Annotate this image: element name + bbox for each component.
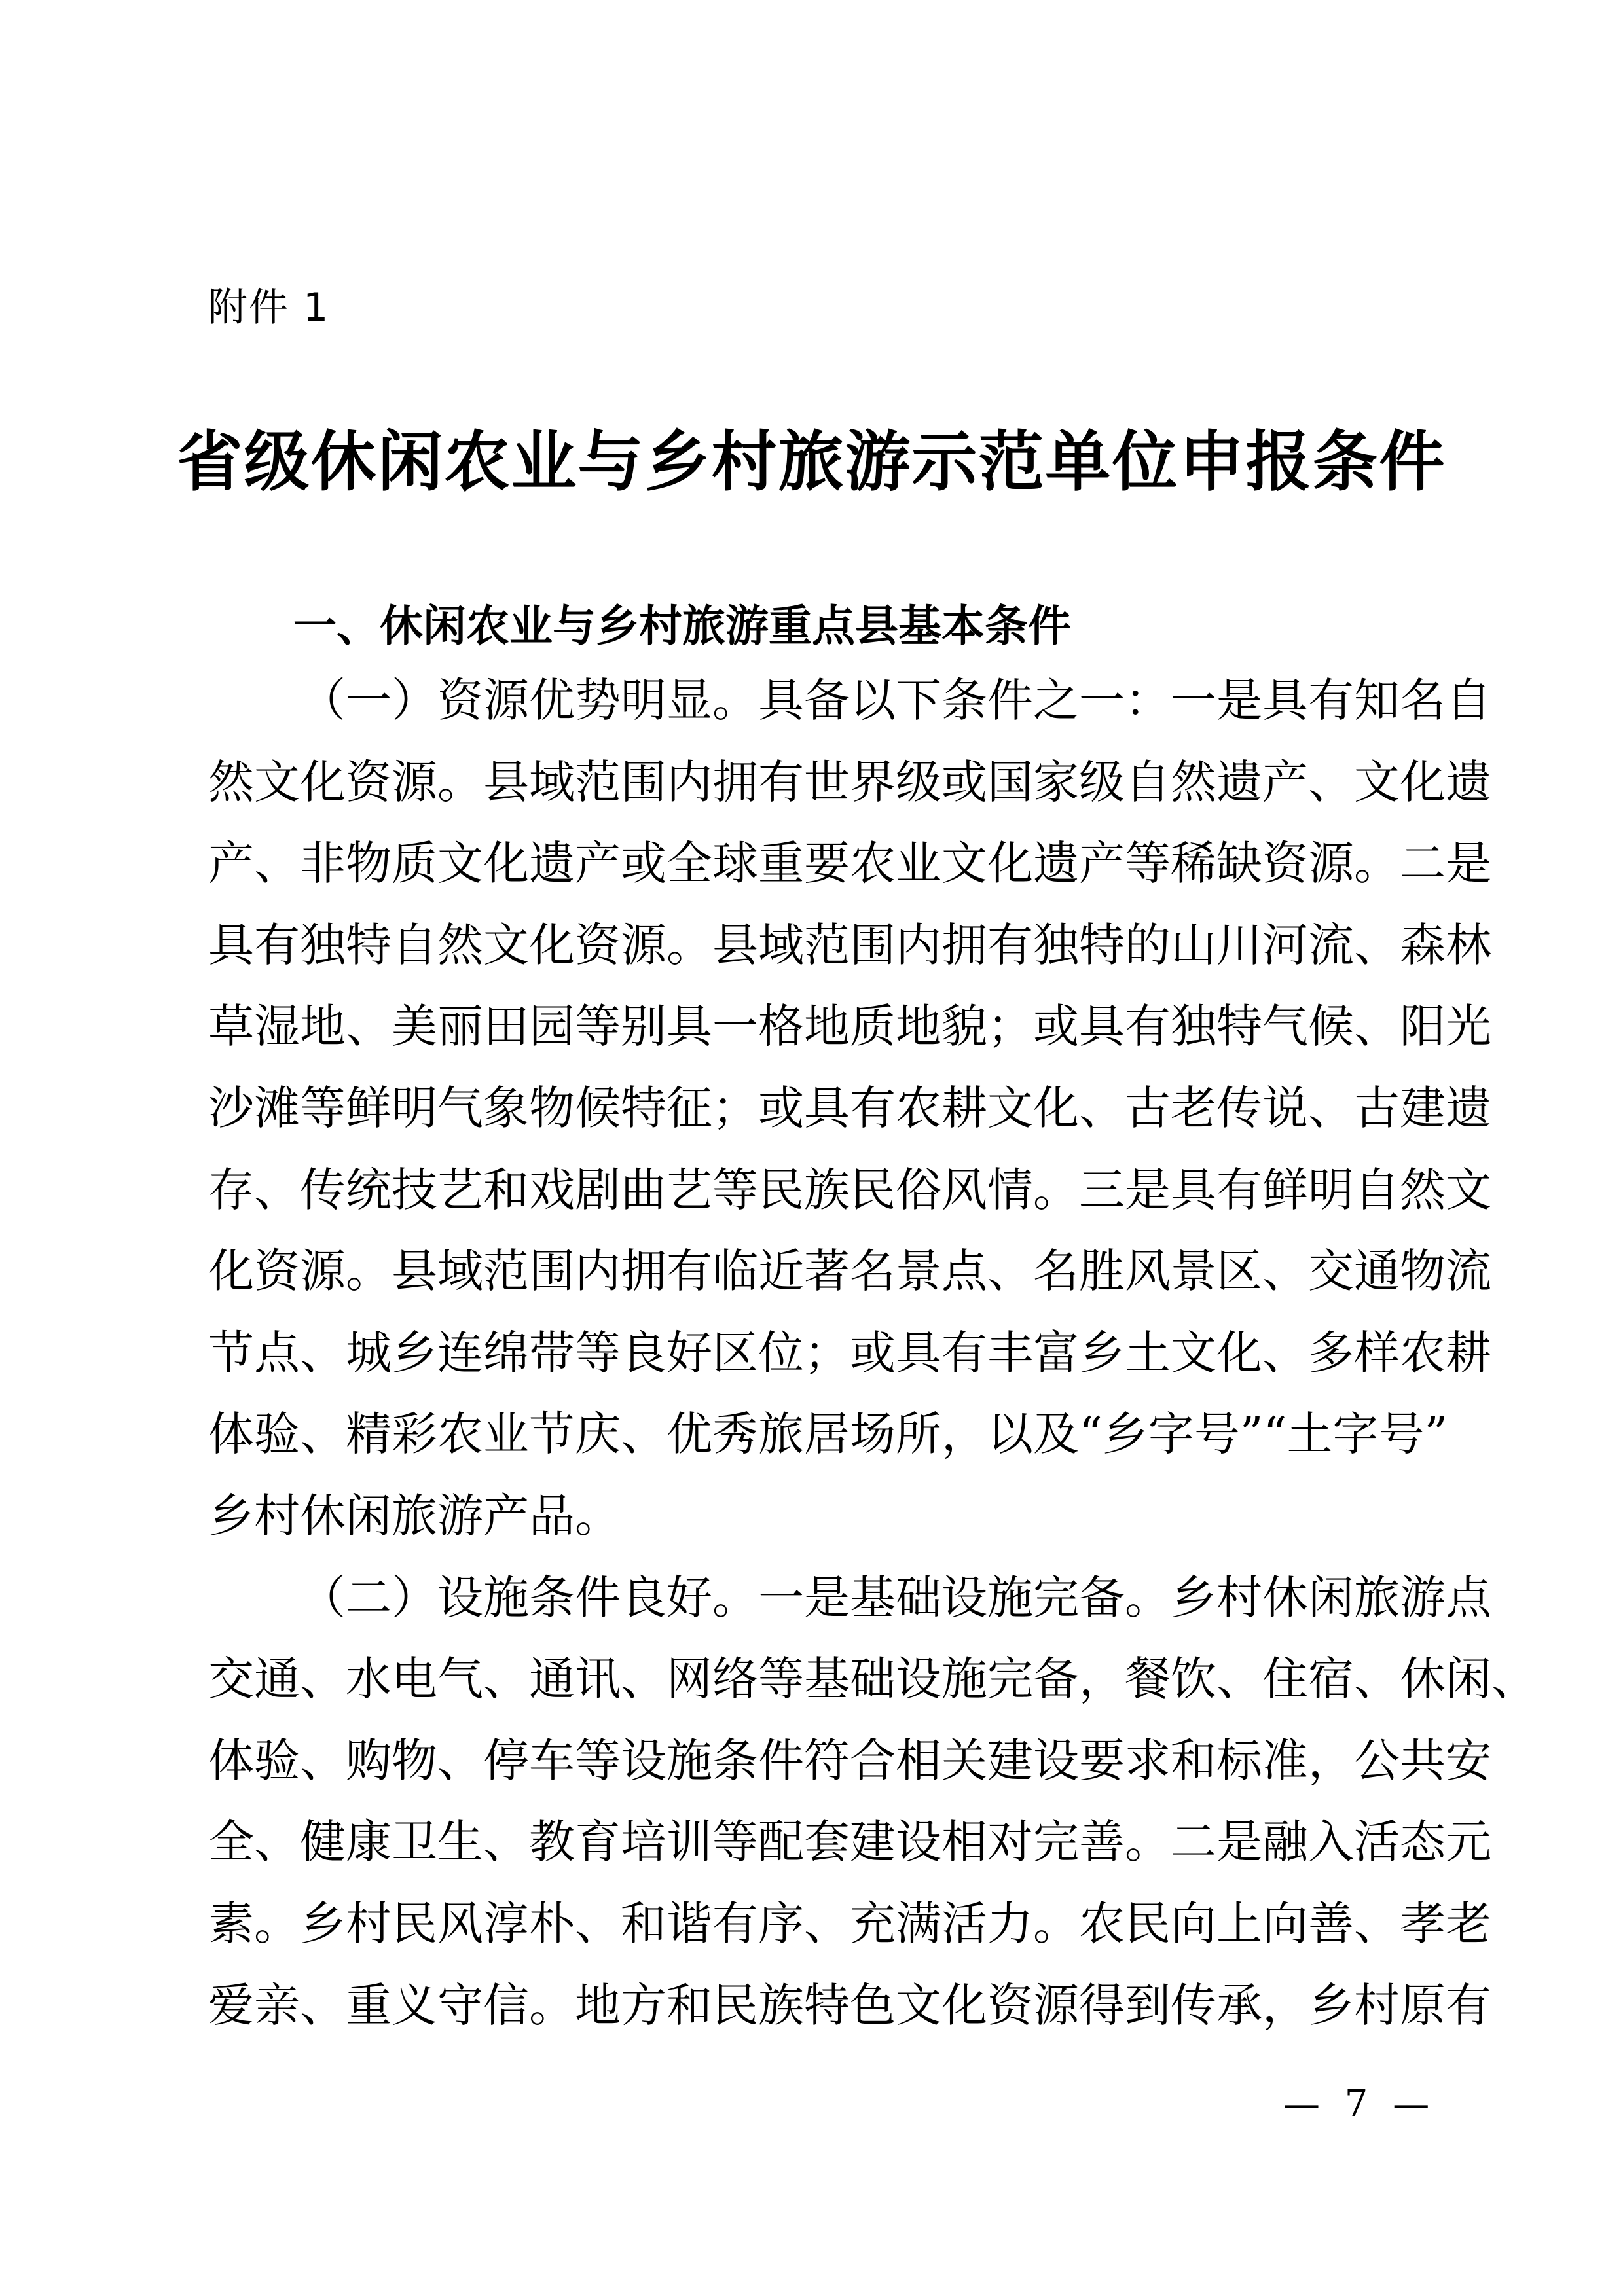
paragraph-line: 爱亲、重义守信。地方和民族特色文化资源得到传承，乡村原有 [208,1965,1426,2047]
paragraph-line: 全、健康卫生、教育培训等配套建设相对完善。二是融入活态元 [208,1801,1426,1883]
body-text: （一）资源优势明显。具备以下条件之一：一是具有知名自 然文化资源。县域范围内拥有… [208,660,1426,2046]
page-number: — 7 — [1283,2081,1436,2127]
paragraph-line: 然文化资源。县域范围内拥有世界级或国家级自然遗产、文化遗 [208,742,1426,823]
paragraph-line: 节点、城乡连绵带等良好区位；或具有丰富乡土文化、多样农耕 [208,1312,1426,1394]
paragraph-line: 交通、水电气、通讯、网络等基础设施完备，餐饮、住宿、休闲、 [208,1638,1426,1720]
paragraph-line: 素。乡村民风淳朴、和谐有序、充满活力。农民向上向善、孝老 [208,1883,1426,1965]
paragraph-line: 体验、精彩农业节庆、优秀旅居场所，以及“乡字号”“土字号” [208,1393,1426,1475]
paragraph-line: 存、传统技艺和戏剧曲艺等民族民俗风情。三是具有鲜明自然文 [208,1149,1426,1231]
paragraph-line: 具有独特自然文化资源。县域范围内拥有独特的山川河流、森林 [208,905,1426,986]
paragraph-line: 化资源。县域范围内拥有临近著名景点、名胜风景区、交通物流 [208,1230,1426,1312]
paragraph-line: 沙滩等鲜明气象物候特征；或具有农耕文化、古老传说、古建遗 [208,1067,1426,1149]
paragraph-line: 乡村休闲旅游产品。 [208,1475,1426,1557]
paragraph-line: （一）资源优势明显。具备以下条件之一：一是具有知名自 [208,660,1426,742]
attachment-label: 附件 1 [208,281,329,334]
paragraph-line: 体验、购物、停车等设施条件符合相关建设要求和标准，公共安 [208,1720,1426,1802]
section-heading: 一、休闲农业与乡村旅游重点县基本条件 [293,597,1071,656]
document-title: 省级休闲农业与乡村旅游示范单位申报条件 [0,419,1623,504]
paragraph-line: 产、非物质文化遗产或全球重要农业文化遗产等稀缺资源。二是 [208,823,1426,905]
paragraph-line: （二）设施条件良好。一是基础设施完备。乡村休闲旅游点 [208,1557,1426,1639]
document-page: 附件 1 省级休闲农业与乡村旅游示范单位申报条件 一、休闲农业与乡村旅游重点县基… [0,0,1623,2296]
paragraph-line: 草湿地、美丽田园等别具一格地质地貌；或具有独特气候、阳光 [208,986,1426,1067]
